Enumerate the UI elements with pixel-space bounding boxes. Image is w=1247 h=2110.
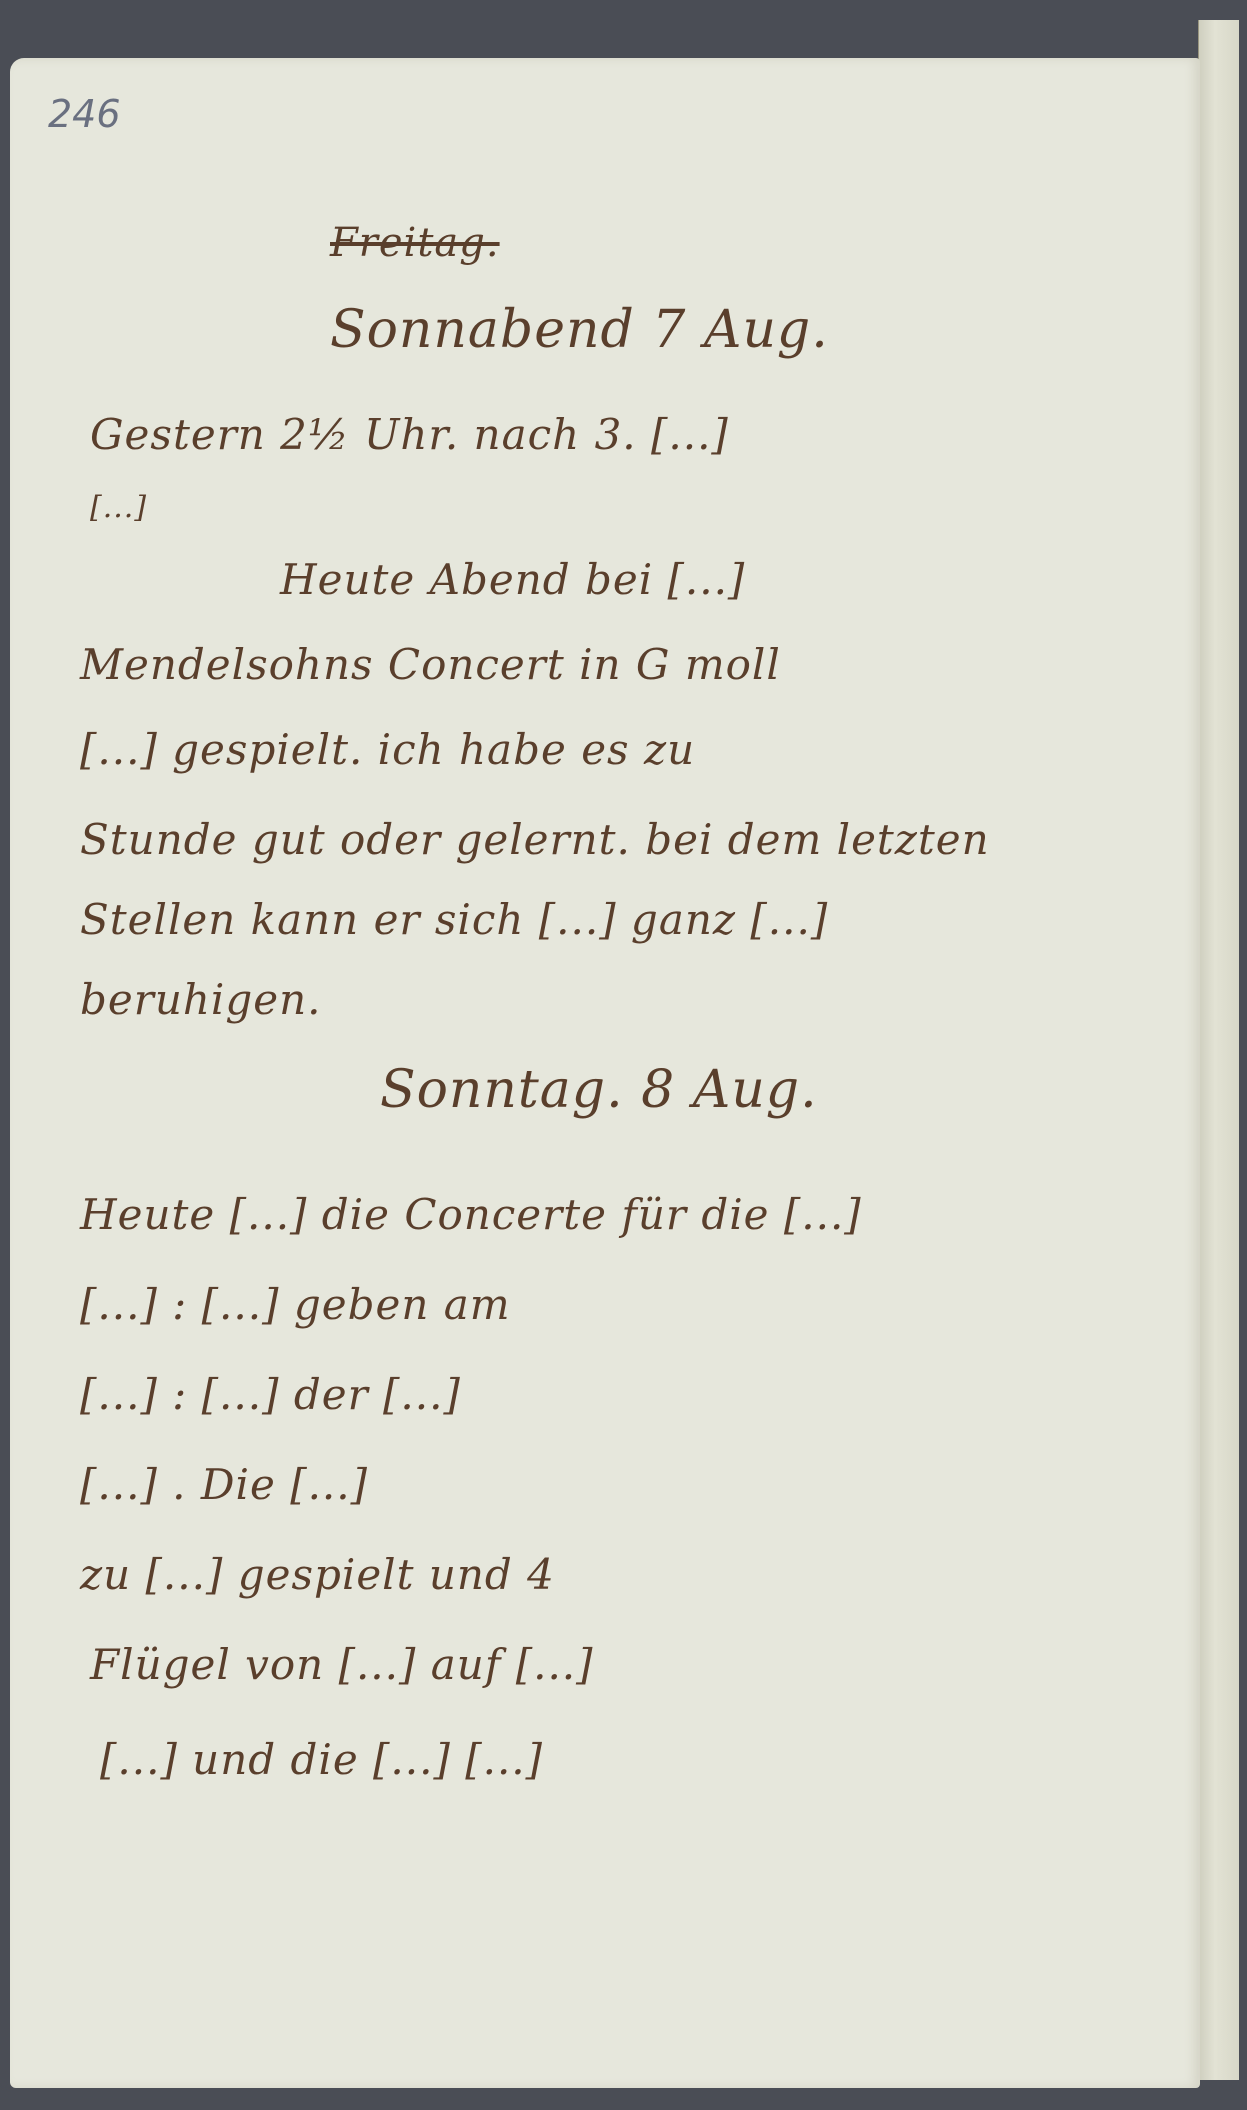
text-line: Stellen kann er sich [...] ganz [...] xyxy=(80,895,828,944)
text-line: beruhigen. xyxy=(80,975,322,1024)
text-line: [...] . Die [...] xyxy=(80,1460,368,1509)
text-line: [...] : [...] geben am xyxy=(80,1280,511,1329)
date-heading-sunday: Sonntag. 8 Aug. xyxy=(380,1060,818,1120)
date-heading-saturday: Sonnabend 7 Aug. xyxy=(330,300,829,360)
text-line: [...] gespielt. ich habe es zu xyxy=(80,725,695,774)
text-line: [...] xyxy=(90,490,147,525)
text-line: [...] und die [...] [...] xyxy=(100,1735,543,1784)
text-line: Gestern 2½ Uhr. nach 3. [...] xyxy=(90,410,729,459)
text-line: Mendelsohns Concert in G moll xyxy=(80,640,781,689)
text-line: Heute Abend bei [...] xyxy=(280,555,745,604)
text-line: zu [...] gespielt und 4 xyxy=(80,1550,555,1599)
text-line: Flügel von [...] auf [...] xyxy=(90,1640,594,1689)
book-gutter xyxy=(1198,20,1239,2080)
text-line: Stunde gut oder gelernt. bei dem letzten xyxy=(80,815,990,864)
folio-number: 246 xyxy=(48,92,121,136)
struck-heading: Freitag. xyxy=(330,220,500,266)
text-line: Heute [...] die Concerte für die [...] xyxy=(80,1190,862,1239)
text-line: [...] : [...] der [...] xyxy=(80,1370,461,1419)
